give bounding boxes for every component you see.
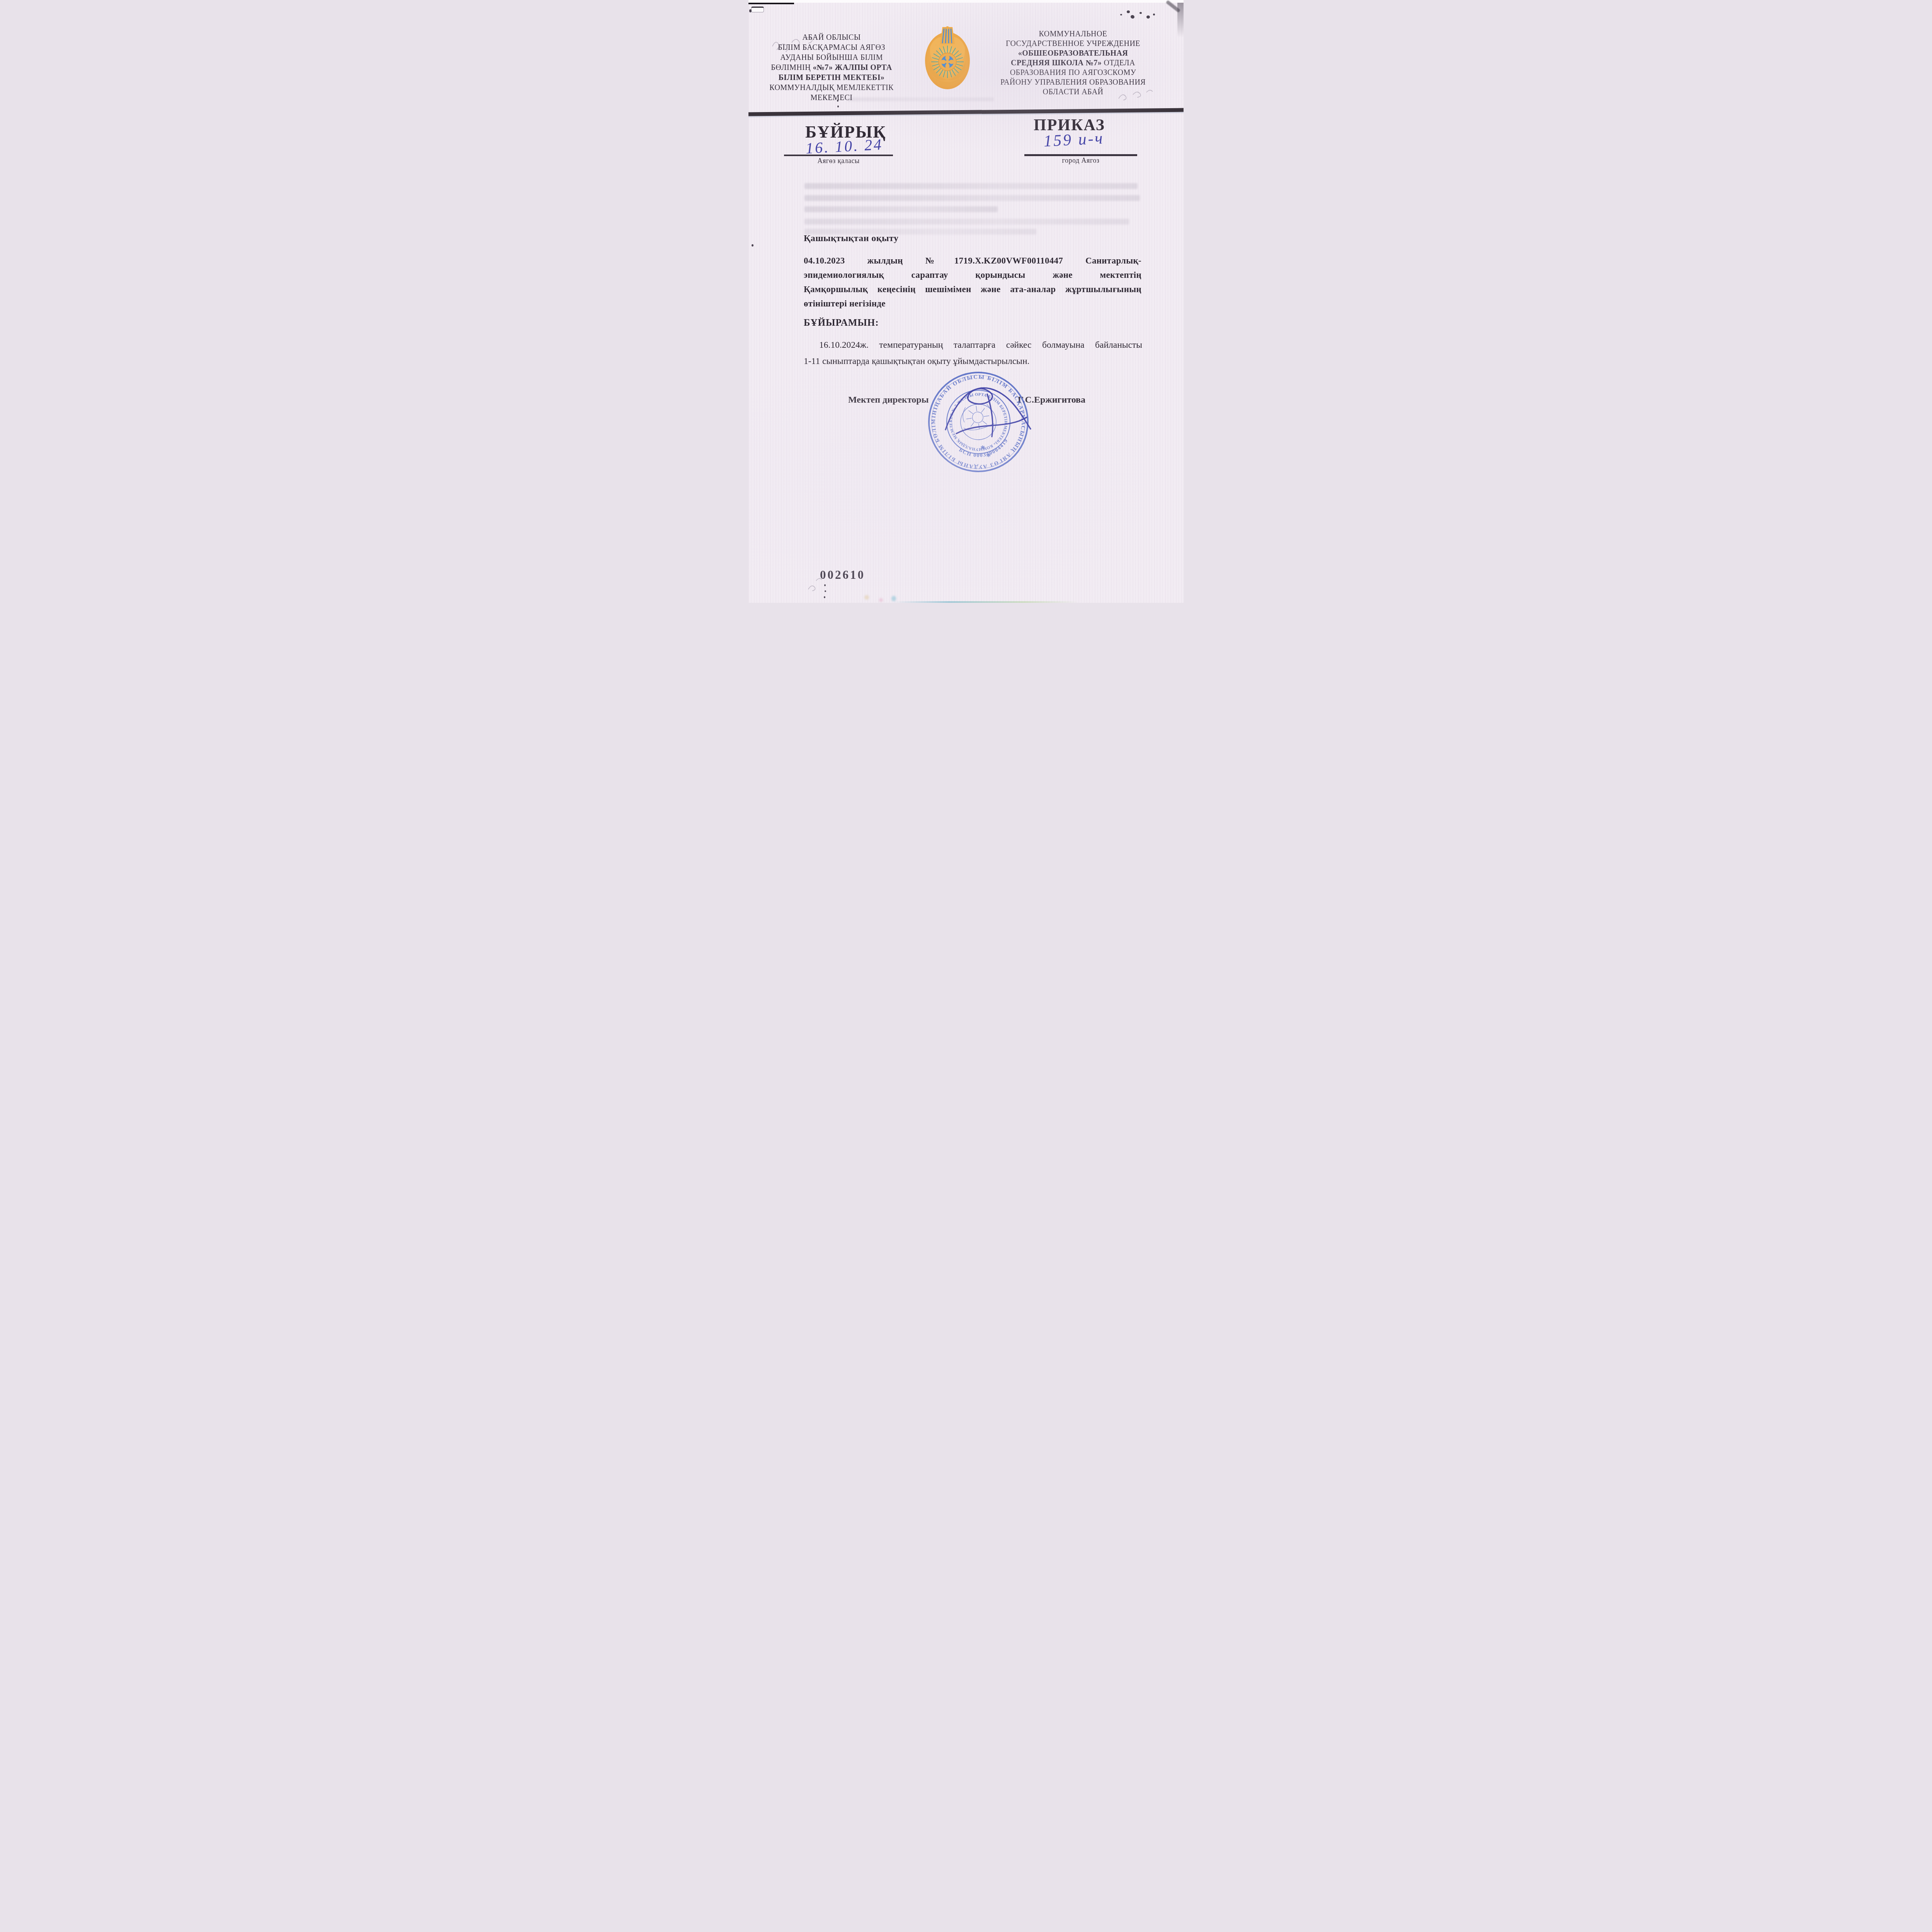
color-smudge	[891, 596, 896, 601]
order-preamble: 04.10.2023 жылдың №1719.X.KZ00VWF0011044…	[804, 253, 1141, 311]
bleedthrough-line	[804, 195, 1140, 201]
clause-line: 1-11 сыныптарда қашықтықтан оқыту ұйымда…	[804, 353, 1142, 369]
color-smudge	[864, 595, 869, 600]
emblem-top-plume	[940, 26, 955, 44]
org-name-kazakh: АБАЙ ОБЛЫСЫ БІЛІМ БАСҚАРМАСЫ АЯГӨЗ АУДАН…	[767, 32, 896, 103]
preamble-line: Қамқоршылық кеңесінің шешімімен және ата…	[804, 282, 1141, 296]
org-line: ОБРАЗОВАНИЯ ПО АЯГОЗСКОМУ	[987, 68, 1159, 78]
bleedthrough-line	[804, 183, 1138, 189]
org-line: КОММУНАЛЬНОЕ	[987, 29, 1159, 39]
dot-artifact	[837, 100, 838, 102]
preamble-line: өтініштері негізінде	[804, 296, 1141, 311]
org-line: БІЛІМ БАСҚАРМАСЫ АЯГӨЗ	[767, 43, 896, 53]
order-place-kk: Аягөз қаласы	[784, 157, 893, 165]
ink-speck	[1153, 14, 1155, 15]
bleedthrough-line	[847, 97, 994, 101]
ink-speck	[749, 9, 752, 12]
org-line: АБАЙ ОБЛЫСЫ	[767, 32, 896, 43]
ink-speck	[752, 244, 753, 247]
scan-edge-bar	[748, 3, 794, 4]
org-line: КОММУНАЛДЫҚ МЕМЛЕКЕТТІК	[767, 83, 896, 93]
pencil-scribble	[1116, 87, 1158, 104]
pencil-scribble	[804, 574, 828, 593]
scan-bottom-edge-tint	[893, 601, 1079, 603]
org-line: РАЙОНУ УПРАВЛЕНИЯ ОБРАЗОВАНИЯ	[987, 78, 1159, 87]
order-verb: БҰЙЫРАМЫН:	[804, 318, 879, 328]
ink-speck	[1130, 15, 1135, 19]
scan-tape-artifact	[751, 7, 764, 12]
org-line: БӨЛІМНІҢ «№7» ЖАЛПЫ ОРТА	[767, 63, 896, 73]
director-signature	[929, 372, 1045, 453]
date-underline	[784, 155, 893, 156]
bleedthrough-line	[804, 219, 1129, 224]
header-divider-rule	[748, 108, 1184, 116]
color-smudge	[879, 598, 883, 602]
dot-artifact	[824, 596, 825, 598]
org-line: БІЛІМ БЕРЕТІН МЕКТЕБІ»	[767, 73, 896, 83]
org-line: «ОБШЕОБРАЗОВАТЕЛЬНАЯ	[987, 49, 1159, 58]
scanned-order-document: АБАЙ ОБЛЫСЫ БІЛІМ БАСҚАРМАСЫ АЯГӨЗ АУДАН…	[748, 0, 1184, 603]
preamble-line: 04.10.2023 жылдың №1719.X.KZ00VWF0011044…	[804, 253, 1141, 268]
signature-label: Мектеп директоры	[848, 395, 929, 405]
clause-line: 16.10.2024ж. температураның талаптарға с…	[804, 337, 1142, 353]
org-line: АУДАНЫ БОЙЫНША БІЛІМ	[767, 53, 896, 63]
kazakhstan-coat-of-arms-icon	[923, 24, 972, 92]
order-place-ru: город Аягоз	[1024, 156, 1137, 165]
dot-artifact	[837, 105, 839, 107]
order-subject: Қашықтықтан оқыту	[804, 233, 898, 244]
ink-speck	[1139, 12, 1142, 14]
ink-speck	[1120, 14, 1122, 15]
handwritten-number: 159 и-ч	[1043, 129, 1105, 151]
ink-speck	[1146, 15, 1150, 19]
scan-edge-strip	[748, 0, 1184, 3]
dot-artifact	[825, 590, 826, 592]
number-underline	[1024, 154, 1137, 156]
handwritten-date: 16. 10. 24	[805, 135, 883, 157]
preamble-line: эпидемиологиялық сараптау қорындысы және…	[804, 268, 1141, 282]
ink-speck	[1127, 10, 1130, 13]
org-line: СРЕДНЯЯ ШКОЛА №7» ОТДЕЛА	[987, 58, 1159, 68]
bleedthrough-line	[804, 206, 998, 212]
order-clause: 16.10.2024ж. температураның талаптарға с…	[804, 337, 1142, 369]
dot-artifact	[824, 584, 826, 586]
org-line: ГОСУДАРСТВЕННОЕ УЧРЕЖДЕНИЕ	[987, 39, 1159, 49]
